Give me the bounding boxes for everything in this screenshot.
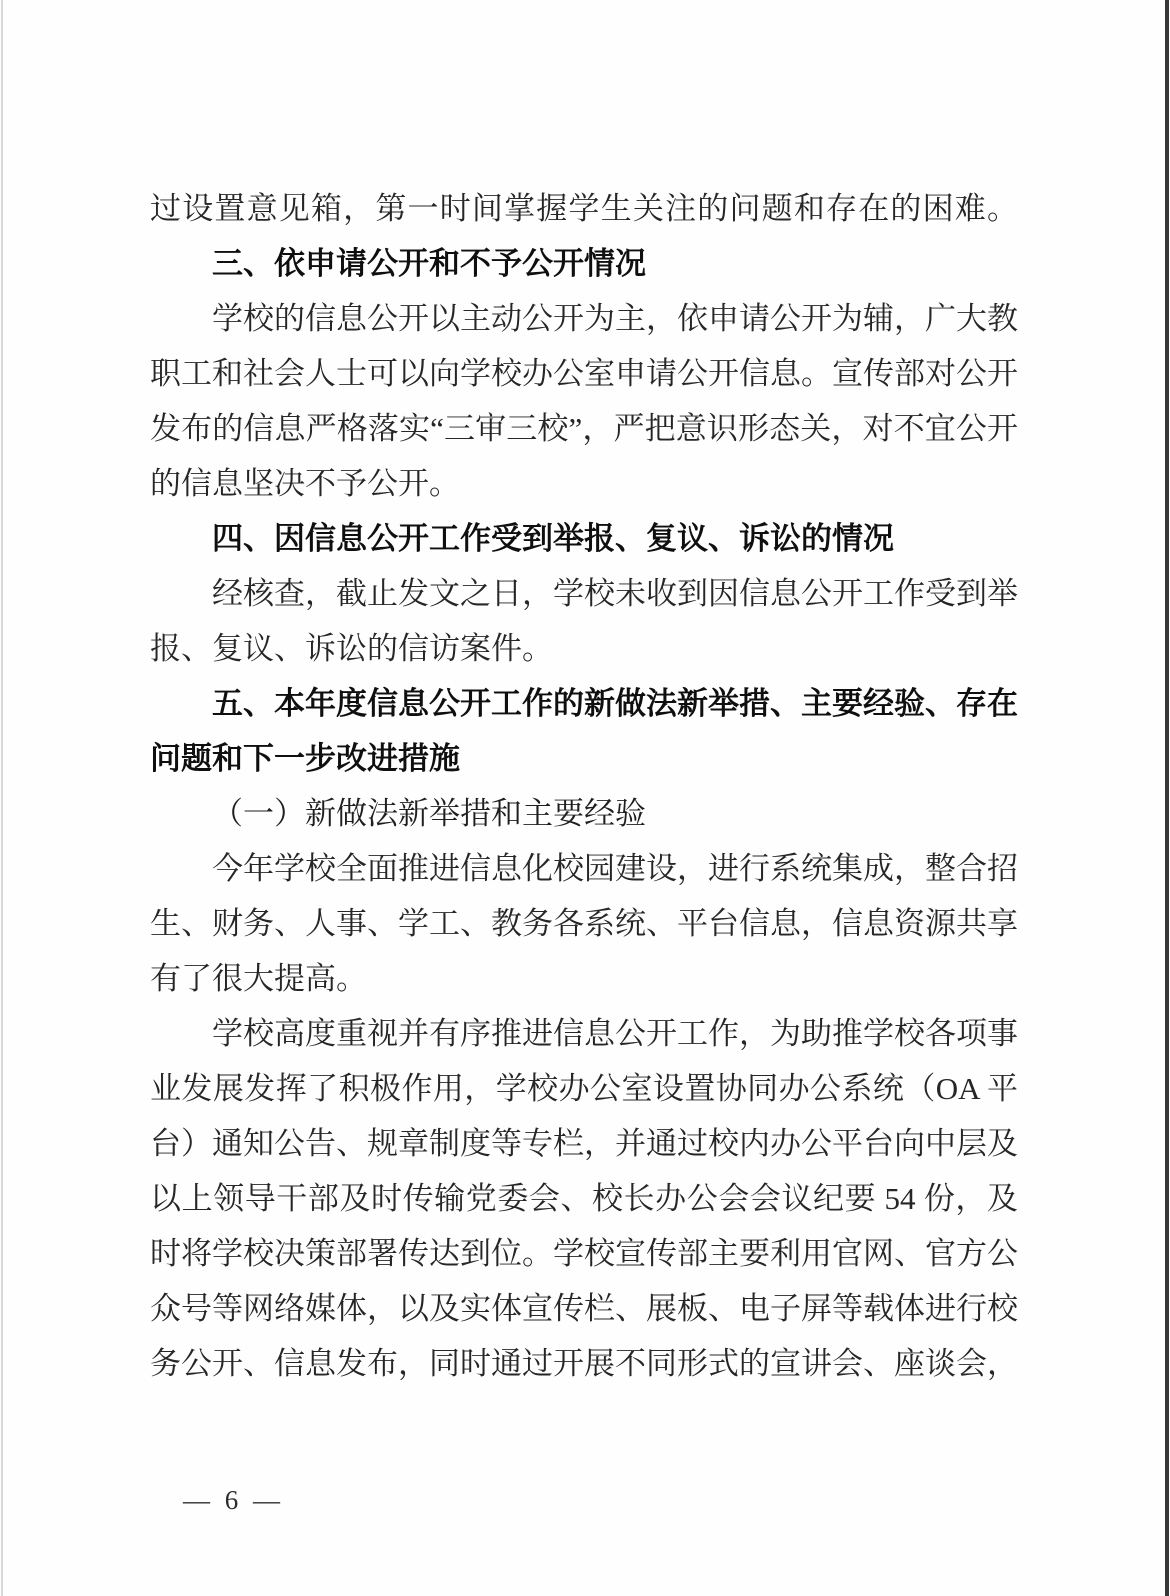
- page-number: — 6 —: [183, 1485, 284, 1516]
- body-text-line: 学校高度重视并有序推进信息公开工作，为助推学校各项事: [150, 1006, 1018, 1061]
- body-text-line: 职工和社会人士可以向学校办公室申请公开信息。宣传部对公开: [150, 346, 1018, 401]
- page-right-edge: [1165, 0, 1169, 1596]
- body-text-line: 经核查，截止发文之日，学校未收到因信息公开工作受到举: [150, 566, 1018, 621]
- section-heading: 问题和下一步改进措施: [150, 731, 1018, 786]
- body-text-line: 今年学校全面推进信息化校园建设，进行系统集成，整合招: [150, 841, 1018, 896]
- document-body: 过设置意见箱，第一时间掌握学生关注的问题和存在的困难。 三、依申请公开和不予公开…: [150, 181, 1018, 1391]
- body-text-line: 报、复议、诉讼的信访案件。: [150, 621, 1018, 676]
- page-left-edge: [1, 0, 3, 1596]
- body-text-line: 生、财务、人事、学工、教务各系统、平台信息，信息资源共享: [150, 896, 1018, 951]
- body-text-line: 时将学校决策部署传达到位。学校宣传部主要利用官网、官方公: [150, 1226, 1018, 1281]
- body-text-line: 务公开、信息发布，同时通过开展不同形式的宣讲会、座谈会，: [150, 1336, 1018, 1391]
- section-heading: 五、本年度信息公开工作的新做法新举措、主要经验、存在: [150, 676, 1018, 731]
- section-heading: 三、依申请公开和不予公开情况: [150, 236, 1018, 291]
- body-text-line: 众号等网络媒体，以及实体宣传栏、展板、电子屏等载体进行校: [150, 1281, 1018, 1336]
- body-text-line: 台）通知公告、规章制度等专栏，并通过校内办公平台向中层及: [150, 1116, 1018, 1171]
- body-text-line: 有了很大提高。: [150, 951, 1018, 1006]
- body-text-line: 过设置意见箱，第一时间掌握学生关注的问题和存在的困难。: [150, 181, 1018, 236]
- body-text-line: 发布的信息严格落实“三审三校”，严把意识形态关，对不宜公开: [150, 401, 1018, 456]
- section-heading: 四、因信息公开工作受到举报、复议、诉讼的情况: [150, 511, 1018, 566]
- subsection-heading: （一）新做法新举措和主要经验: [150, 786, 1018, 841]
- body-text-line: 的信息坚决不予公开。: [150, 456, 1018, 511]
- body-text-line: 以上领导干部及时传输党委会、校长办公会会议纪要 54 份，及: [150, 1171, 1018, 1226]
- document-page: 过设置意见箱，第一时间掌握学生关注的问题和存在的困难。 三、依申请公开和不予公开…: [0, 0, 1170, 1596]
- body-text-line: 业发展发挥了积极作用，学校办公室设置协同办公系统（OA 平: [150, 1061, 1018, 1116]
- body-text-line: 学校的信息公开以主动公开为主，依申请公开为辅，广大教: [150, 291, 1018, 346]
